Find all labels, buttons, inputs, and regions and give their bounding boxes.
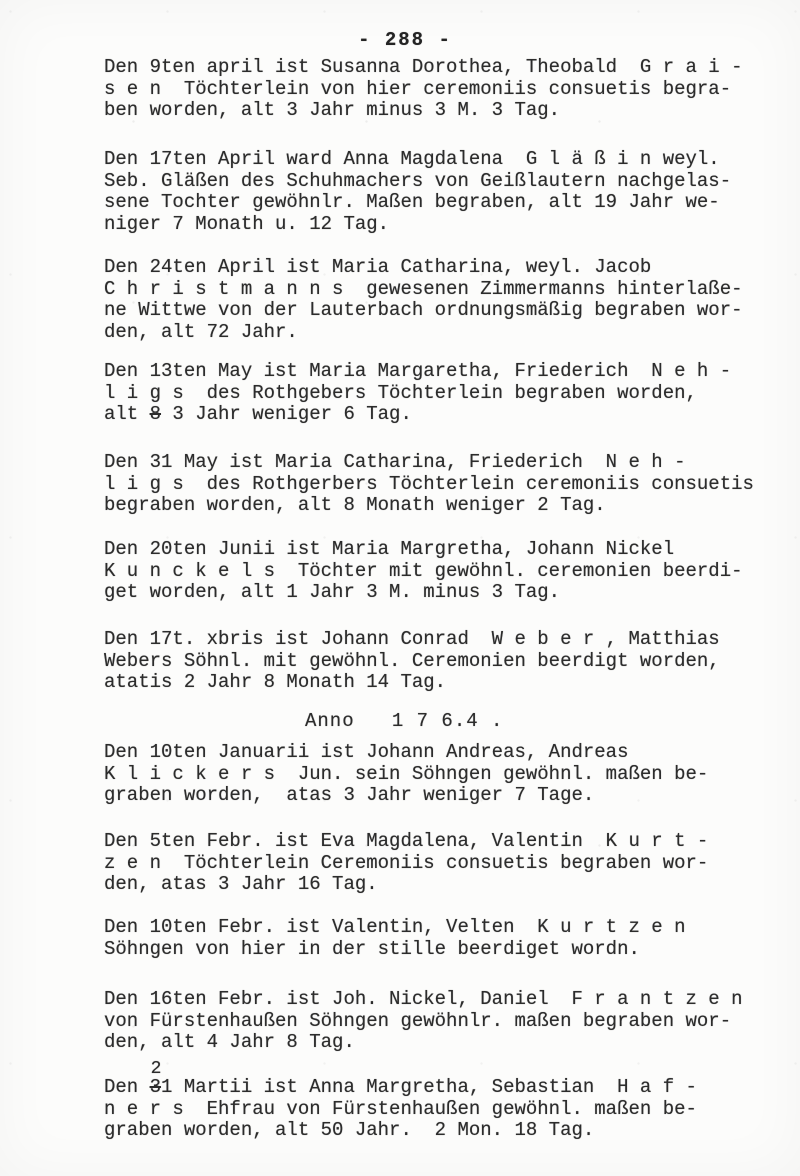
burial-entry: Den 231 Martii ist Anna Margretha, Sebas… [104, 1077, 784, 1142]
entry-line: Webers Söhnl. mit gewöhnl. Ceremonien be… [104, 651, 784, 673]
entry-line: ben worden, alt 3 Jahr minus 3 M. 3 Tag. [104, 100, 784, 122]
struck-digit: 3 [150, 1076, 161, 1098]
entry-line: K u n c k e l s Töchter mit gewöhnl. cer… [104, 561, 784, 583]
entry-line: sene Tochter gewöhnlr. Maßen begraben, a… [104, 192, 784, 214]
entry-line: Den 24ten April ist Maria Catharina, wey… [104, 257, 784, 279]
burial-entry: Den 20ten Junii ist Maria Margretha, Joh… [104, 539, 784, 604]
entry-line: von Fürstenhaußen Söhngen gewöhnlr. maße… [104, 1011, 784, 1033]
entry-line: graben worden, alt 50 Jahr. 2 Mon. 18 Ta… [104, 1120, 784, 1142]
entry-line: Söhngen von hier in der stille beerdiget… [104, 939, 784, 961]
entry-line: Den 31 May ist Maria Catharina, Friederi… [104, 452, 784, 474]
entry-line: begraben worden, alt 8 Monath weniger 2 … [104, 495, 784, 517]
burial-entry: Den 10ten Febr. ist Valentin, Velten K u… [104, 917, 784, 960]
page-number: - 288 - [0, 30, 800, 52]
burial-entry: Den 17t. xbris ist Johann Conrad W e b e… [104, 629, 784, 694]
date-correction: 23 [150, 1077, 161, 1099]
entry-line: Den 5ten Febr. ist Eva Magdalena, Valent… [104, 831, 784, 853]
entry-line: Den 231 Martii ist Anna Margretha, Sebas… [104, 1077, 784, 1099]
entry-line: ne Wittwe von der Lauterbach ordnungsmäß… [104, 300, 784, 322]
entry-line: Den 9ten april ist Susanna Dorothea, The… [104, 57, 784, 79]
entry-line: z e n Töchterlein Ceremoniis consuetis b… [104, 853, 784, 875]
entry-line: l i g s des Rothgerbers Töchterlein cere… [104, 474, 784, 496]
entry-line: Den 16ten Febr. ist Joh. Nickel, Daniel … [104, 989, 784, 1011]
entry-line: K l i c k e r s Jun. sein Söhngen gewöhn… [104, 764, 784, 786]
entry-line: niger 7 Monath u. 12 Tag. [104, 214, 784, 236]
entry-line: Den 20ten Junii ist Maria Margretha, Joh… [104, 539, 784, 561]
entry-line: den, alt 72 Jahr. [104, 322, 784, 344]
year-heading: Anno 1 7 6.4 . [305, 711, 725, 733]
entry-line: l i g s des Rothgebers Töchterlein begra… [104, 383, 784, 405]
entry-line: get worden, alt 1 Jahr 3 M. minus 3 Tag. [104, 582, 784, 604]
scanned-register-page: - 288 - Den 9ten april ist Susanna Dorot… [0, 0, 800, 1176]
correction-superscript: 2 [151, 1061, 162, 1077]
entry-line: n e r s Ehfrau von Fürstenhaußen gewöhnl… [104, 1099, 784, 1121]
entry-line: den, atas 3 Jahr 16 Tag. [104, 874, 784, 896]
burial-entry: Den 5ten Febr. ist Eva Magdalena, Valent… [104, 831, 784, 896]
entry-line: Den 13ten May ist Maria Margaretha, Frie… [104, 361, 784, 383]
entry-line: Den 17ten April ward Anna Magdalena G l … [104, 149, 784, 171]
entry-line: den, alt 4 Jahr 8 Tag. [104, 1032, 784, 1054]
burial-entry: Den 13ten May ist Maria Margaretha, Frie… [104, 361, 784, 426]
burial-entry: Den 9ten april ist Susanna Dorothea, The… [104, 57, 784, 122]
struck-digit: 8 [150, 403, 161, 425]
entry-line: Den 17t. xbris ist Johann Conrad W e b e… [104, 629, 784, 651]
entry-line: atatis 2 Jahr 8 Monath 14 Tag. [104, 672, 784, 694]
entry-line: Den 10ten Januarii ist Johann Andreas, A… [104, 742, 784, 764]
entry-line: graben worden, atas 3 Jahr weniger 7 Tag… [104, 785, 784, 807]
burial-entry: Den 10ten Januarii ist Johann Andreas, A… [104, 742, 784, 807]
burial-entry: Den 24ten April ist Maria Catharina, wey… [104, 257, 784, 343]
entry-line: Den 10ten Febr. ist Valentin, Velten K u… [104, 917, 784, 939]
burial-entry: Den 17ten April ward Anna Magdalena G l … [104, 149, 784, 235]
entry-line: alt 8 3 Jahr weniger 6 Tag. [104, 404, 784, 426]
burial-entry: Den 31 May ist Maria Catharina, Friederi… [104, 452, 784, 517]
entry-line: Seb. Gläßen des Schuhmachers von Geißlau… [104, 171, 784, 193]
entry-line: C h r i s t m a n n s gewesenen Zimmerma… [104, 279, 784, 301]
entry-line: s e n Töchterlein von hier ceremoniis co… [104, 79, 784, 101]
burial-entry: Den 16ten Febr. ist Joh. Nickel, Daniel … [104, 989, 784, 1054]
